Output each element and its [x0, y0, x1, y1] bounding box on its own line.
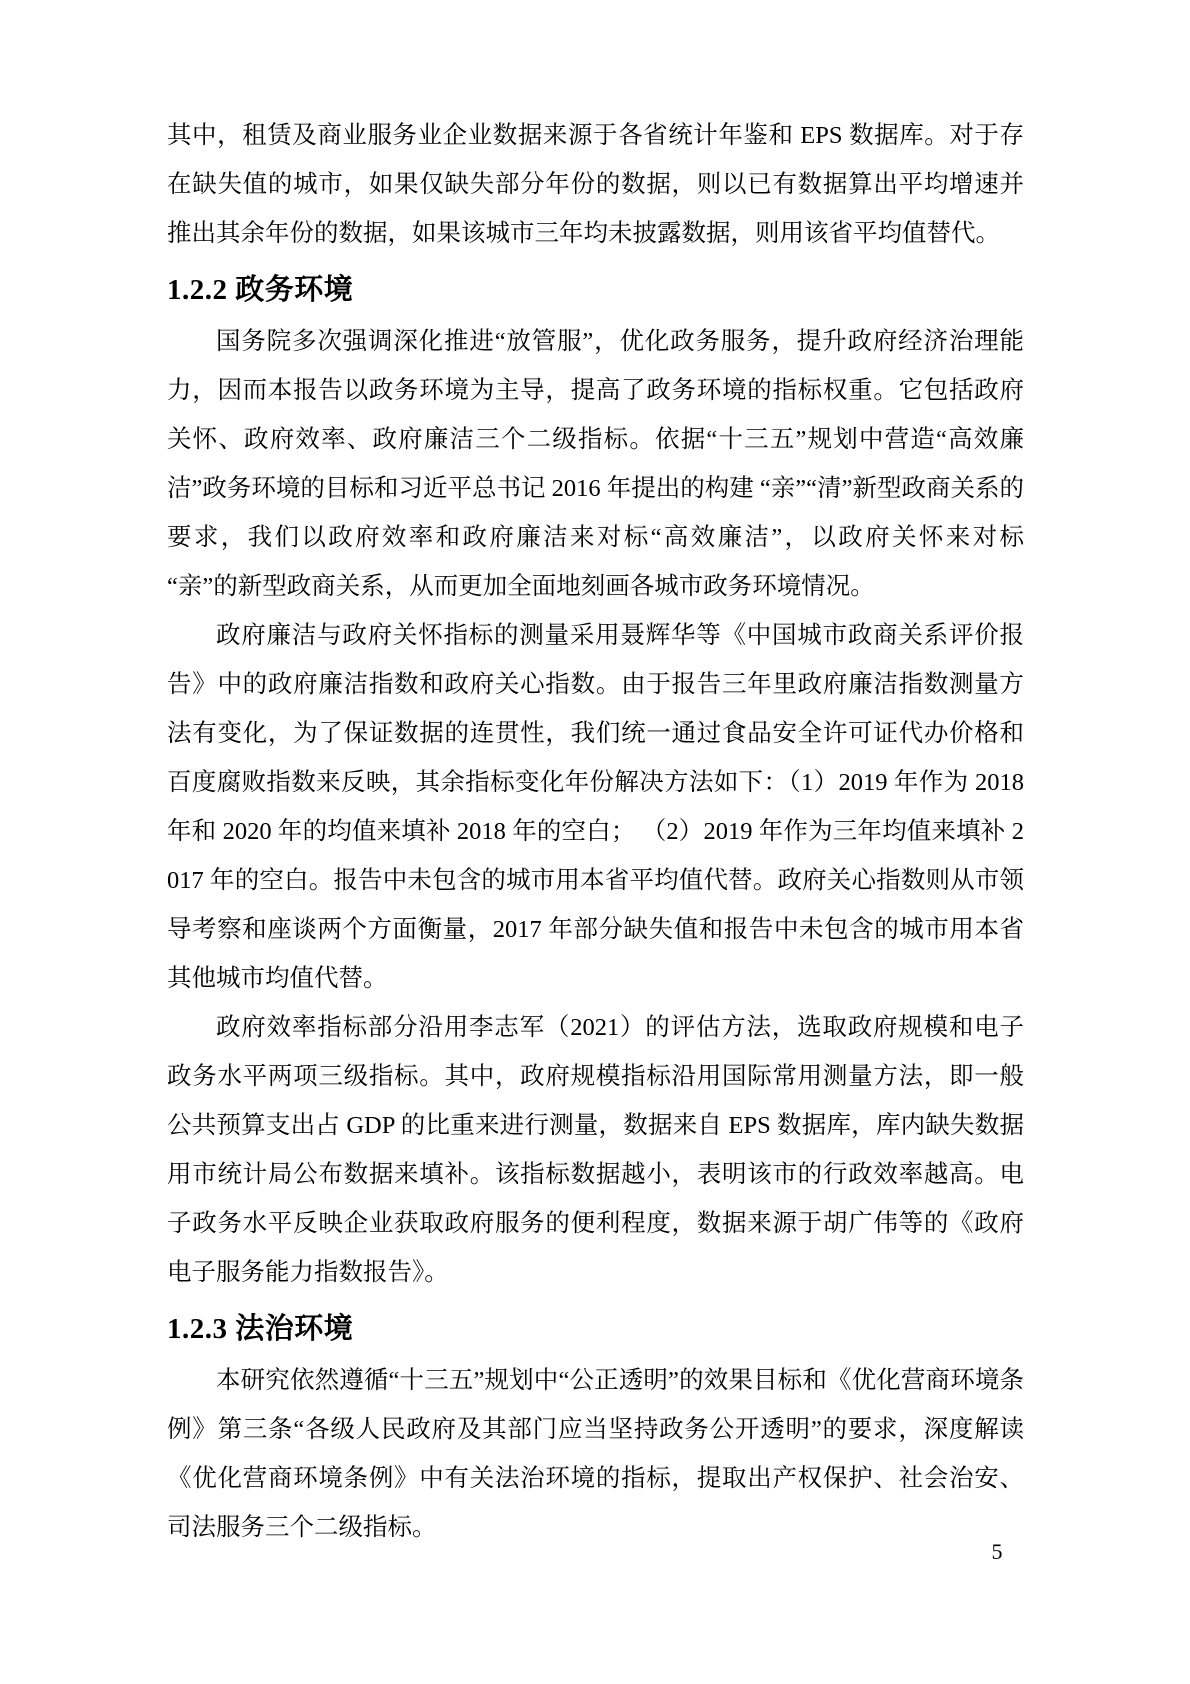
- section-heading-1-2-2: 1.2.2 政务环境: [167, 266, 1024, 315]
- section-heading-1-2-3: 1.2.3 法治环境: [167, 1305, 1024, 1354]
- paragraph-government-integrity-measure: 政府廉洁与政府关怀指标的测量采用聂辉华等《中国城市政商关系评价报告》中的政府廉洁…: [167, 611, 1024, 1003]
- paragraph-data-source-continuation: 其中，租赁及商业服务业企业数据来源于各省统计年鉴和 EPS 数据库。对于存在缺失…: [167, 111, 1024, 258]
- paragraph-government-service-overview: 国务院多次强调深化推进“放管服”，优化政务服务，提升政府经济治理能力，因而本报告…: [167, 317, 1024, 611]
- page-number: 5: [970, 1538, 1024, 1566]
- paragraph-legal-environment: 本研究依然遵循“十三五”规划中“公正透明”的效果目标和《优化营商环境条例》第三条…: [167, 1356, 1024, 1552]
- page-content: 其中，租赁及商业服务业企业数据来源于各省统计年鉴和 EPS 数据库。对于存在缺失…: [167, 111, 1024, 1552]
- paragraph-government-efficiency-measure: 政府效率指标部分沿用李志军（2021）的评估方法，选取政府规模和电子政务水平两项…: [167, 1003, 1024, 1297]
- document-page: 其中，租赁及商业服务业企业数据来源于各省统计年鉴和 EPS 数据库。对于存在缺失…: [0, 0, 1190, 1684]
